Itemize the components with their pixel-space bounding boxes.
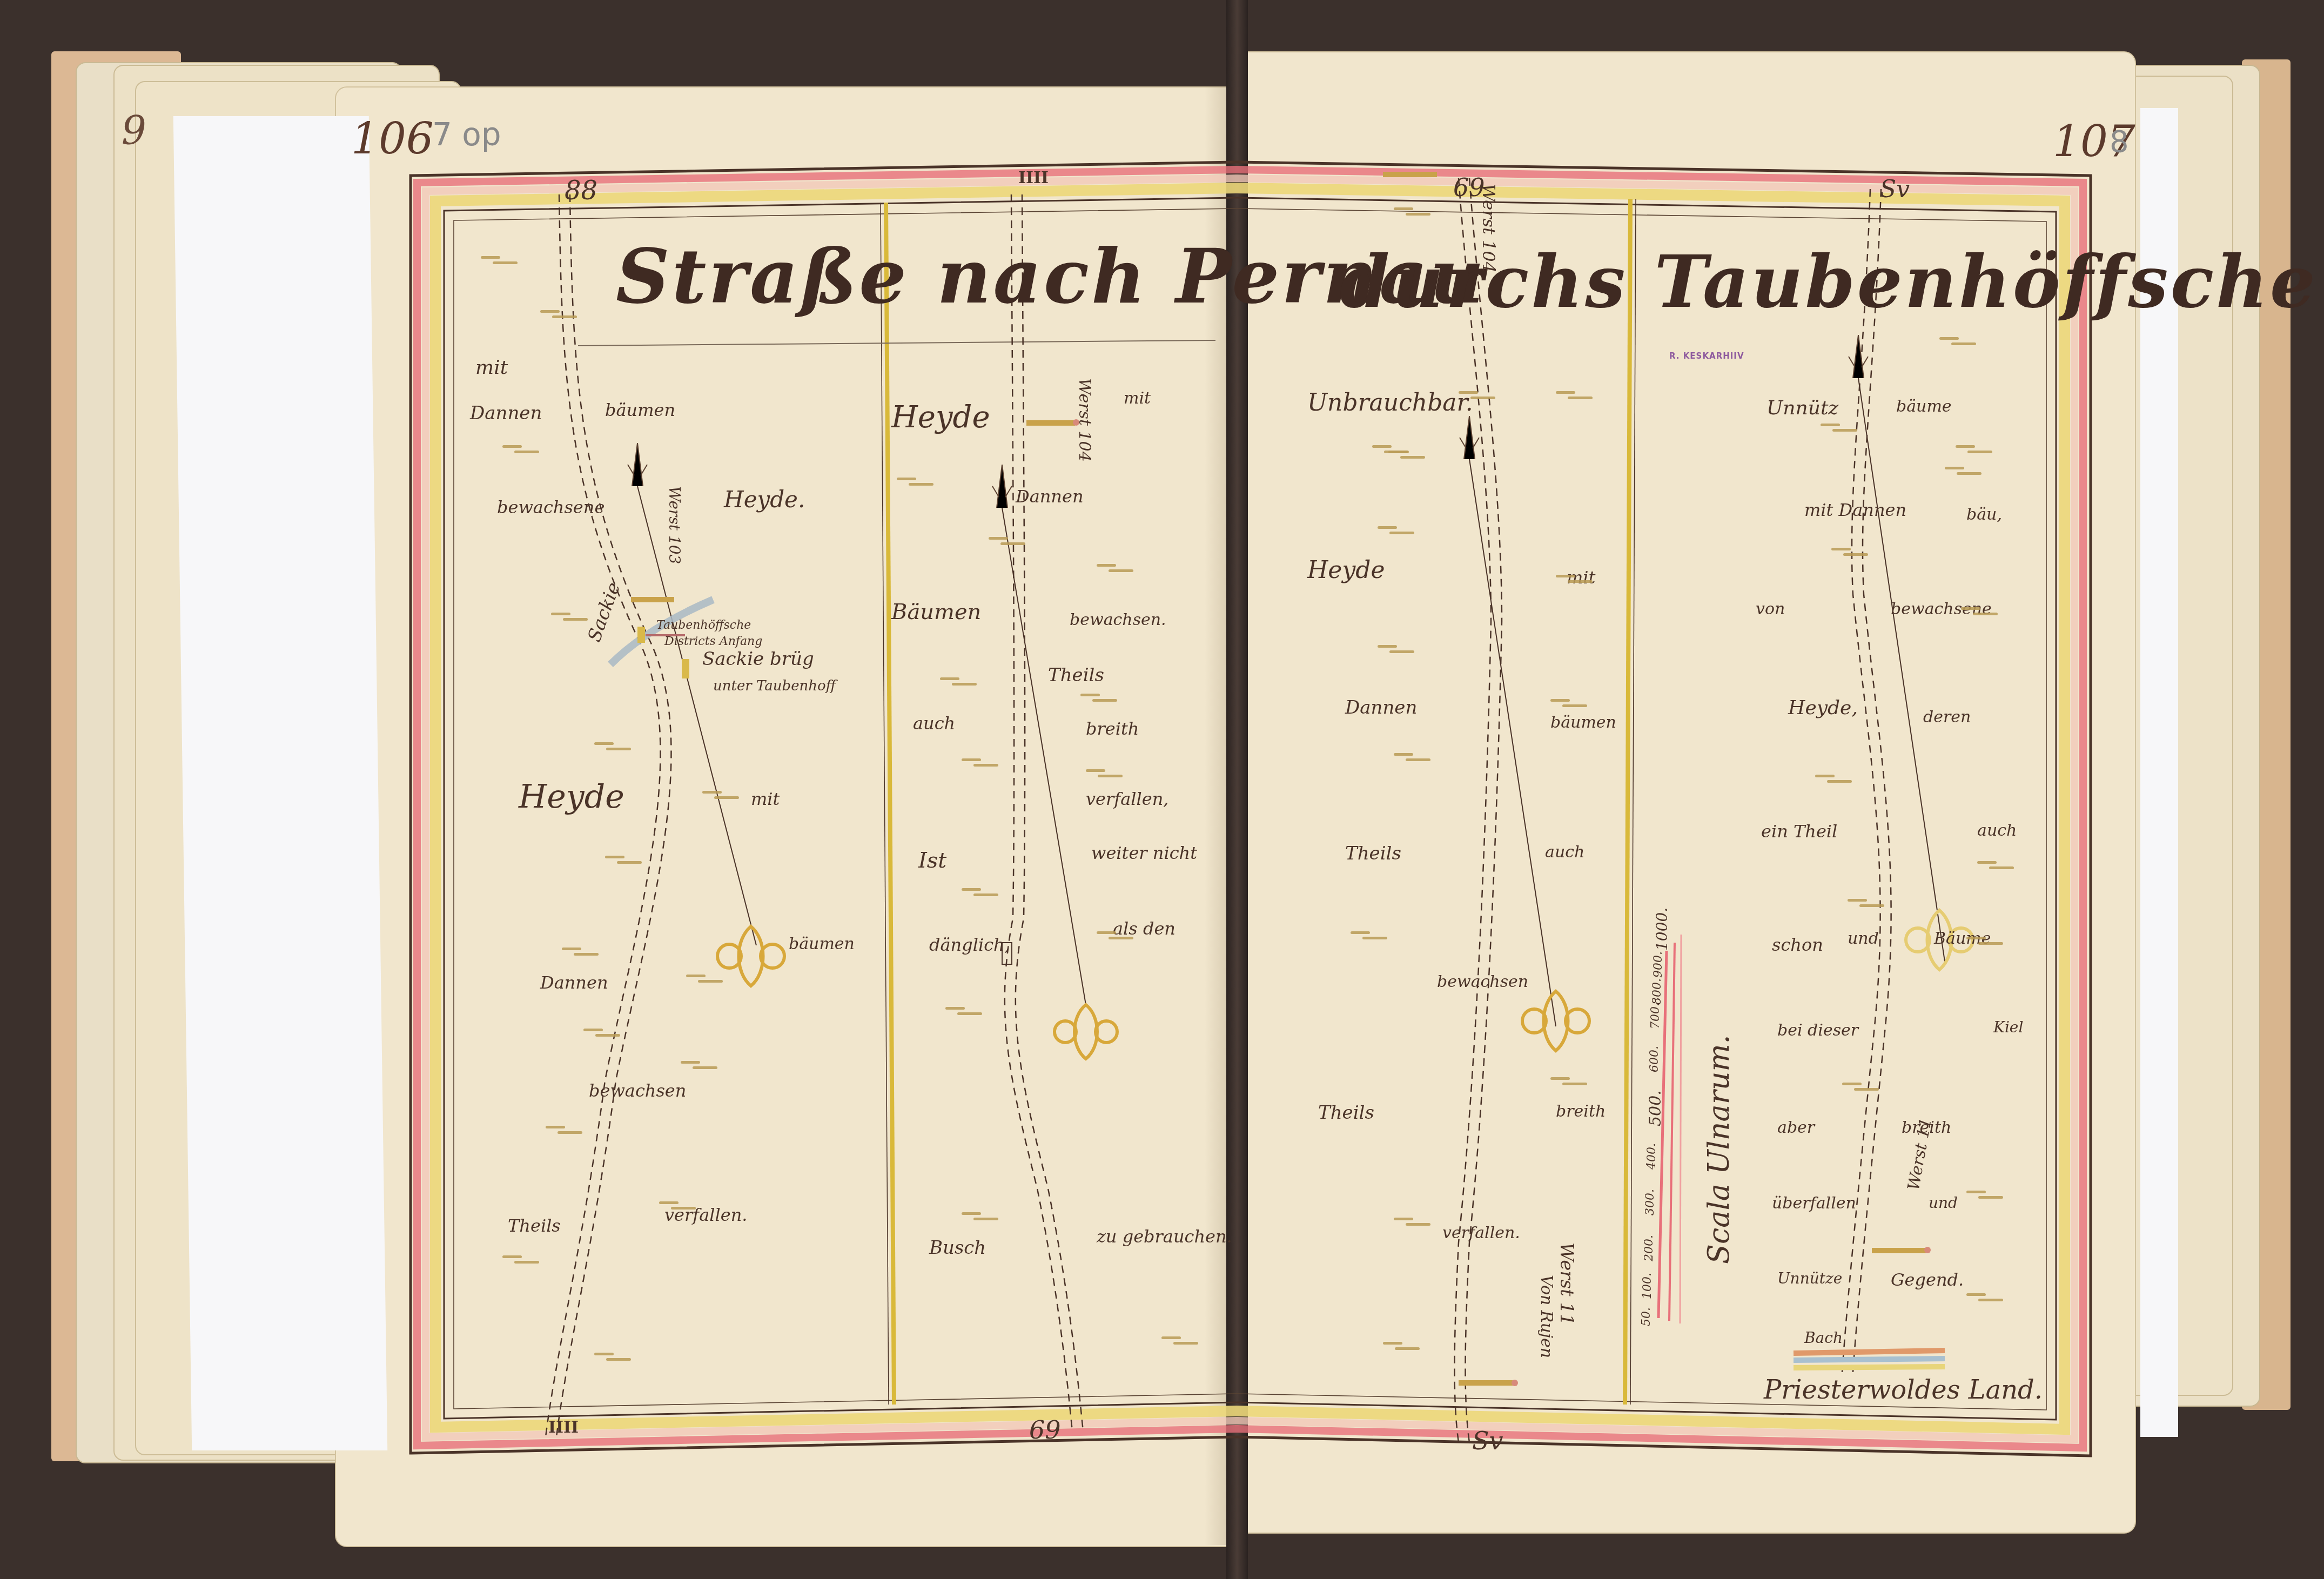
label: schon (1772, 935, 1823, 955)
marsh-icon (1966, 935, 2004, 946)
marsh-icon (1097, 929, 1134, 941)
label: Heyde (891, 400, 990, 435)
label: und (1848, 929, 1879, 948)
label: Unbrauchbar. (1307, 389, 1473, 416)
label: Theils (1318, 1102, 1374, 1124)
marsh-icon (481, 254, 519, 266)
marsh-icon (1556, 573, 1594, 584)
marsh-icon (502, 443, 540, 455)
marsh-icon (1459, 389, 1496, 401)
label: bäumen (789, 935, 855, 953)
marsh-icon (502, 1253, 540, 1265)
label: breith (1086, 718, 1139, 739)
sackie-river (610, 600, 713, 664)
marker-col1-bottom: IIII (548, 1418, 579, 1437)
marsh-icon (1351, 929, 1388, 941)
werst-col2-top: Werst 104 (1075, 378, 1094, 462)
scale-tick: 600. (1648, 1046, 1661, 1072)
marsh-icon (1550, 697, 1588, 709)
label: bäumen (605, 400, 675, 420)
sackie-bridge-label: Sackie brüg (702, 648, 814, 670)
label: Gegend. (1891, 1269, 1964, 1290)
scale-tick: 50. (1640, 1307, 1653, 1326)
label: aber (1777, 1118, 1815, 1137)
label: mit (475, 357, 508, 379)
marsh-icon (1961, 605, 1999, 617)
label: auch (1545, 843, 1584, 862)
label: breith (1902, 1118, 1951, 1137)
compass-feathers (628, 335, 1868, 508)
boundary-note-2: Districts Anfang (664, 635, 762, 648)
marsh-icon (686, 972, 724, 984)
marker-col2-top: IIII (1018, 169, 1049, 187)
marsh-icon (1939, 335, 1977, 347)
archive-stamp: R. KESKARHIIV (1669, 351, 1744, 361)
village-label: unter Taubenhoff (713, 678, 836, 694)
marker-col1-top: 88 (565, 176, 597, 206)
marsh-icon (594, 1350, 632, 1362)
label: verfallen. (1442, 1224, 1520, 1242)
marsh-icon (1383, 1340, 1421, 1352)
marsh-icon (945, 1005, 983, 1017)
marsh-icon (1848, 897, 1885, 909)
label: auch (913, 713, 955, 734)
label: deren (1923, 708, 1971, 727)
werst-col3-bottom: Werst 11 (1556, 1242, 1577, 1326)
marsh-icon (594, 740, 632, 752)
label: Busch (929, 1237, 986, 1259)
label: bei dieser (1777, 1021, 1858, 1040)
marsh-icon (1378, 524, 1415, 536)
marsh-icon (1945, 465, 1983, 476)
label: Dannen (1345, 697, 1417, 718)
label: Kiel (1993, 1018, 2023, 1036)
marsh-icon (605, 854, 643, 865)
scale-tick: 300. (1643, 1189, 1657, 1215)
marsh-icon (1966, 1188, 2004, 1200)
label: auch (1977, 821, 2017, 840)
label: bäume (1896, 397, 1952, 416)
marsh-icon (1372, 443, 1410, 455)
marsh-icon (583, 1026, 621, 1038)
marsh-icon (1378, 643, 1415, 655)
scale-tick: 800. (1650, 978, 1664, 1005)
brook-label: Bach (1804, 1329, 1843, 1347)
scale-tick: 500. (1646, 1090, 1665, 1126)
marsh-icon (1831, 546, 1869, 557)
road-col1 (546, 194, 671, 1437)
marsh-icon (1097, 562, 1134, 574)
marsh-icon (1815, 772, 1853, 784)
marsh-icon (1394, 205, 1432, 217)
marsh-icon (1956, 443, 1993, 455)
scale-title: Scala Ulnarum. (1702, 1034, 1736, 1264)
marsh-icon (546, 1124, 583, 1135)
label: verfallen, (1086, 789, 1168, 809)
marsh-icon (1086, 767, 1124, 779)
marsh-icon (681, 1059, 718, 1071)
label: bäumen (1550, 713, 1616, 732)
marker-col2-bottom: 69 (1029, 1415, 1061, 1444)
marsh-icon (540, 308, 578, 320)
label: Heyde (519, 778, 624, 816)
marsh-icon (962, 1210, 999, 1222)
scale-tick: 200. (1642, 1235, 1656, 1261)
label: von (1756, 600, 1785, 619)
marsh-icon (1080, 691, 1118, 703)
label: Heyde. (724, 486, 805, 513)
label: mit (751, 789, 780, 809)
werst-col3-top: Werst 104 (1479, 184, 1499, 273)
label: Bäumen (891, 600, 981, 624)
marsh-icon (551, 610, 589, 622)
marsh-icon (940, 675, 978, 687)
label: Theils (1345, 843, 1401, 864)
marker-col4-top: Sv (1880, 176, 1910, 203)
marsh-icon (962, 886, 999, 898)
marsh-icon (1161, 1334, 1199, 1346)
marsh-icon (1842, 1080, 1880, 1092)
road-col2 (1005, 194, 1083, 1432)
marsh-icon (1821, 421, 1858, 433)
label: Unnütze (1777, 1269, 1842, 1287)
label: bewachsen (1437, 972, 1528, 991)
marker-col3-bottom: Sv (1472, 1426, 1503, 1455)
scale-tick: 700. (1649, 1003, 1662, 1029)
road-col3 (1455, 178, 1502, 1442)
marsh-icon (562, 945, 600, 957)
label: und (1929, 1194, 1958, 1212)
marsh-icon (1556, 389, 1594, 401)
werst-col1: Werst 103 (666, 486, 683, 564)
boundary-note-1: Taubenhöffsche (656, 619, 751, 632)
label: dänglich, (929, 935, 1010, 955)
scale-tick: 400. (1645, 1143, 1658, 1170)
scale-tick: 1000. (1653, 908, 1671, 951)
marsh-icon (989, 535, 1026, 547)
label: breith (1556, 1102, 1606, 1121)
label: Theils (1048, 664, 1104, 686)
label: weiter nicht (1091, 843, 1197, 863)
label: bewachsen. (1070, 610, 1166, 629)
marsh-icon (1394, 751, 1432, 763)
label: Unnütz (1766, 397, 1838, 419)
label: mit Dannen (1804, 500, 1906, 520)
scale-tick: 900. (1651, 951, 1665, 978)
marsh-icon (1966, 1291, 2004, 1303)
label: bäu, (1966, 505, 2002, 524)
label: Heyde, (1788, 697, 1858, 719)
label: mit (1124, 389, 1151, 408)
label: Dannen (1016, 486, 1084, 507)
marsh-icon (962, 756, 999, 768)
marsh-icon (1550, 1075, 1588, 1087)
estate-label: Priesterwoldes Land. (1764, 1375, 2043, 1405)
brook-bach (1794, 1350, 1945, 1368)
label: ein Theil (1761, 821, 1837, 842)
marsh-icon (1394, 1215, 1432, 1227)
scale-tick: 100. (1641, 1273, 1654, 1299)
marsh-icon (897, 475, 935, 487)
marsh-icon (1977, 859, 2015, 871)
label: Ist (918, 848, 946, 873)
label: bewachsene (497, 497, 604, 518)
label: Theils (508, 1215, 561, 1236)
label: Heyde (1307, 556, 1385, 584)
label: zu gebrauchen. (1097, 1226, 1232, 1247)
label: bewachsen (589, 1080, 686, 1101)
label: Dannen (470, 402, 542, 424)
label: überfallen (1772, 1194, 1856, 1213)
label: Dannen (540, 972, 608, 993)
marsh-icon (702, 789, 740, 801)
compass-needles (637, 378, 1945, 1026)
marsh-icon (659, 1199, 697, 1211)
werst-col3-bottom-2: Von Rujen (1537, 1275, 1556, 1358)
